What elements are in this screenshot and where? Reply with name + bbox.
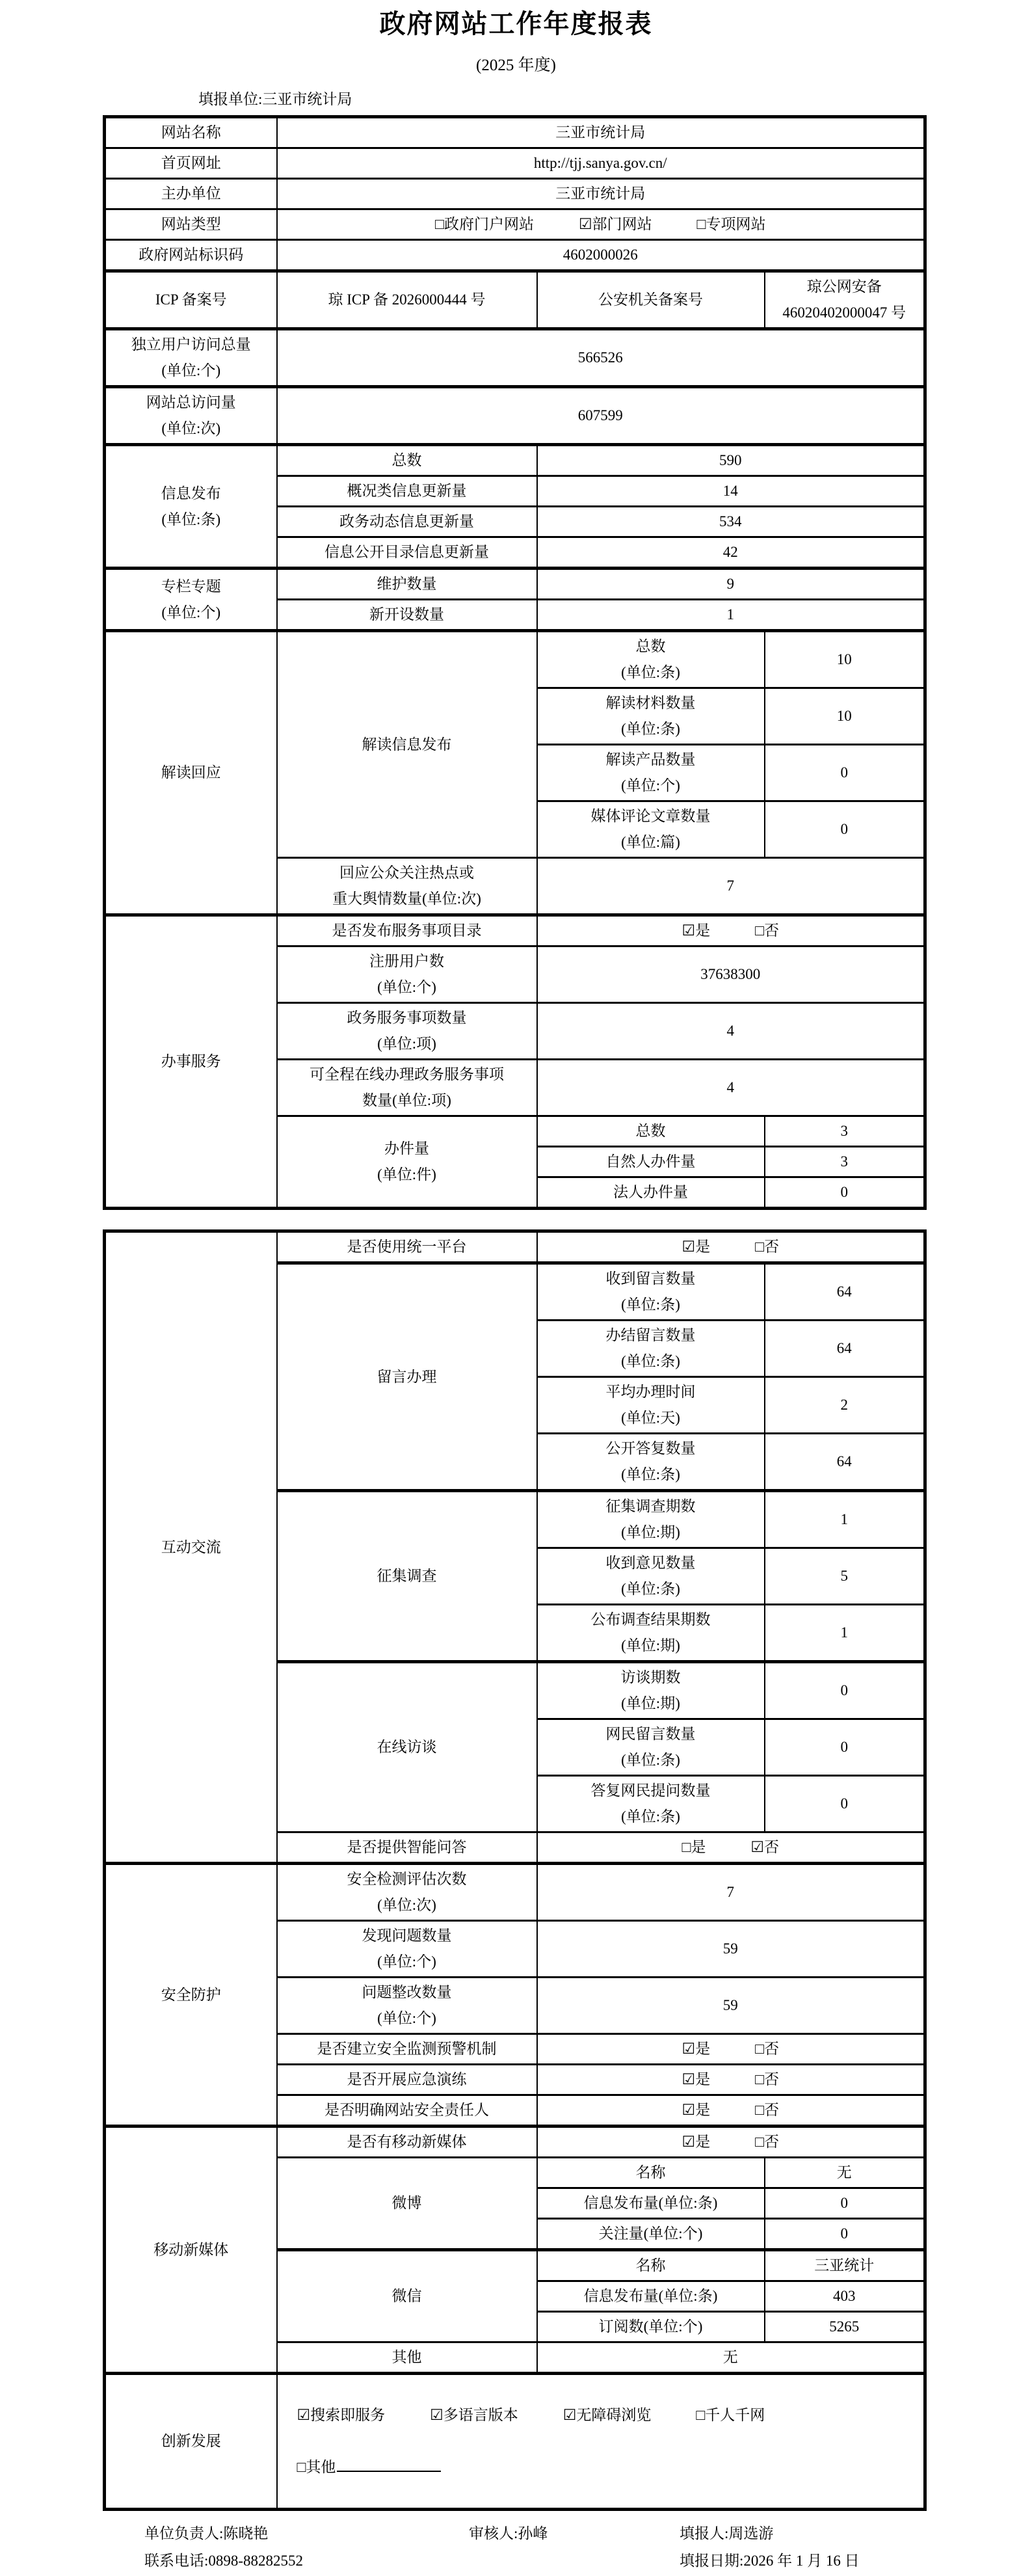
weibo-followers-value: 0 xyxy=(765,2219,925,2250)
security-responsible-label: 是否明确网站安全责任人 xyxy=(277,2095,537,2127)
interpret-media-value: 0 xyxy=(765,801,925,858)
interview-replies-label: 答复网民提问数量 (单位:条) xyxy=(537,1776,765,1832)
columns-maintained-label: 维护数量 xyxy=(277,569,537,600)
row-info-pub-total: 信息发布 (单位:条) 总数 590 xyxy=(105,445,925,476)
innovation-checkboxes: ☑搜索即服务 ☑多语言版本 ☑无障碍浏览 □千人千网 □其他 xyxy=(277,2374,925,2510)
footer-date: 填报日期:2026 年 1 月 16 日 xyxy=(680,2549,860,2570)
row-interpret-total: 解读回应 解读信息发布 总数 (单位:条) 10 xyxy=(105,631,925,688)
info-pub-total-label: 总数 xyxy=(277,445,537,476)
weibo-posts-value: 0 xyxy=(765,2188,925,2219)
footer-reviewer: 审核人:孙峰 xyxy=(469,2521,548,2543)
page-subtitle: (2025 年度) xyxy=(0,52,1032,75)
interpret-group-label: 解读信息发布 xyxy=(277,631,537,858)
security-monitor-checkboxes: ☑是 □否 xyxy=(537,2034,925,2065)
security-problems-label: 发现问题数量 (单位:个) xyxy=(277,1921,537,1978)
row-unique-visitors: 独立用户访问总量 (单位:个) 566526 xyxy=(105,329,925,387)
host-unit-label: 主办单位 xyxy=(105,179,277,209)
online-items-label: 可全程在线办理政务服务事项 数量(单位:项) xyxy=(277,1060,537,1116)
security-section-label: 安全防护 xyxy=(105,1864,277,2127)
row-icp: ICP 备案号 琼 ICP 备 2026000444 号 公安机关备案号 琼公网… xyxy=(105,271,925,329)
volume-legal-value: 0 xyxy=(765,1177,925,1209)
interpret-section-label: 解读回应 xyxy=(105,631,277,915)
survey-opinions-value: 5 xyxy=(765,1548,925,1605)
volume-group-label: 办件量 (单位:件) xyxy=(277,1116,537,1209)
msg-public-reply-label: 公开答复数量 (单位:条) xyxy=(537,1434,765,1491)
msg-public-reply-value: 64 xyxy=(765,1434,925,1491)
weibo-name-value: 无 xyxy=(765,2158,925,2188)
msg-received-value: 64 xyxy=(765,1263,925,1321)
row-security-assess: 安全防护 安全检测评估次数 (单位:次) 7 xyxy=(105,1864,925,1921)
registered-users-label: 注册用户数 (单位:个) xyxy=(277,946,537,1003)
has-mobile-media-checkboxes: ☑是 □否 xyxy=(537,2127,925,2158)
interpret-product-label: 解读产品数量 (单位:个) xyxy=(537,745,765,801)
interpret-material-value: 10 xyxy=(765,688,925,745)
security-drill-checkboxes: ☑是 □否 xyxy=(537,2065,925,2095)
columns-new-label: 新开设数量 xyxy=(277,600,537,631)
volume-person-label: 自然人办件量 xyxy=(537,1147,765,1177)
police-record-label: 公安机关备案号 xyxy=(537,271,765,329)
interaction-section-label: 互动交流 xyxy=(105,1231,277,1864)
unified-platform-label: 是否使用统一平台 xyxy=(277,1231,537,1263)
row-columns-maintained: 专栏专题 (单位:个) 维护数量 9 xyxy=(105,569,925,600)
msg-closed-label: 办结留言数量 (单位:条) xyxy=(537,1321,765,1377)
info-pub-overview-value: 14 xyxy=(537,476,925,507)
footer-owner: 单位负责人:陈晓艳 xyxy=(144,2521,268,2543)
wechat-subscribers-value: 5265 xyxy=(765,2312,925,2342)
info-pub-catalog-value: 42 xyxy=(537,537,925,569)
has-mobile-media-label: 是否有移动新媒体 xyxy=(277,2127,537,2158)
survey-periods-value: 1 xyxy=(765,1491,925,1548)
info-pub-total-value: 590 xyxy=(537,445,925,476)
innovation-section-label: 创新发展 xyxy=(105,2374,277,2510)
site-type-checkboxes: □政府门户网站 ☑部门网站 □专项网站 xyxy=(277,209,925,240)
row-host-unit: 主办单位 三亚市统计局 xyxy=(105,179,925,209)
service-catalog-checkboxes: ☑是 □否 xyxy=(537,915,925,946)
row-service-catalog: 办事服务 是否发布服务事项目录 ☑是 □否 xyxy=(105,915,925,946)
volume-person-value: 3 xyxy=(765,1147,925,1177)
volume-legal-label: 法人办件量 xyxy=(537,1177,765,1209)
interpret-total-value: 10 xyxy=(765,631,925,688)
msg-avg-time-label: 平均办理时间 (单位:天) xyxy=(537,1377,765,1434)
survey-results-label: 公布调查结果期数 (单位:期) xyxy=(537,1605,765,1662)
total-visits-label: 网站总访问量 (单位:次) xyxy=(105,387,277,445)
msg-avg-time-value: 2 xyxy=(765,1377,925,1434)
columns-new-value: 1 xyxy=(537,600,925,631)
site-type-label: 网站类型 xyxy=(105,209,277,240)
security-responsible-checkboxes: ☑是 □否 xyxy=(537,2095,925,2127)
wechat-posts-label: 信息发布量(单位:条) xyxy=(537,2281,765,2312)
survey-group-label: 征集调查 xyxy=(277,1491,537,1662)
hot-response-label: 回应公众关注热点或 重大舆情数量(单位:次) xyxy=(277,858,537,915)
innovation-other-line: □其他 xyxy=(297,2454,919,2480)
interpret-total-label: 总数 (单位:条) xyxy=(537,631,765,688)
service-section-label: 办事服务 xyxy=(105,915,277,1209)
columns-section-label: 专栏专题 (单位:个) xyxy=(105,569,277,631)
mobile-other-value: 无 xyxy=(537,2342,925,2374)
report-table-bottom: 互动交流 是否使用统一平台 ☑是 □否 留言办理 收到留言数量 (单位:条) 6… xyxy=(103,1229,927,2511)
service-items-value: 4 xyxy=(537,1003,925,1060)
mobile-section-label: 移动新媒体 xyxy=(105,2127,277,2374)
report-page: 政府网站工作年度报表 (2025 年度) 填报单位:三亚市统计局 网站名称 三亚… xyxy=(0,0,1032,2576)
security-fixed-label: 问题整改数量 (单位:个) xyxy=(277,1978,537,2034)
volume-total-value: 3 xyxy=(765,1116,925,1147)
row-site-name: 网站名称 三亚市统计局 xyxy=(105,117,925,148)
msg-closed-value: 64 xyxy=(765,1321,925,1377)
security-drill-label: 是否开展应急演练 xyxy=(277,2065,537,2095)
page-title: 政府网站工作年度报表 xyxy=(0,9,1032,39)
mobile-other-label: 其他 xyxy=(277,2342,537,2374)
survey-results-value: 1 xyxy=(765,1605,925,1662)
icp-value: 琼 ICP 备 2026000444 号 xyxy=(277,271,537,329)
service-items-label: 政务服务事项数量 (单位:项) xyxy=(277,1003,537,1060)
wechat-name-label: 名称 xyxy=(537,2250,765,2281)
wechat-name-value: 三亚统计 xyxy=(765,2250,925,2281)
interview-group-label: 在线访谈 xyxy=(277,1662,537,1832)
site-code-value: 4602000026 xyxy=(277,240,925,271)
interpret-product-value: 0 xyxy=(765,745,925,801)
registered-users-value: 37638300 xyxy=(537,946,925,1003)
wechat-posts-value: 403 xyxy=(765,2281,925,2312)
innovation-options-line: ☑搜索即服务 ☑多语言版本 ☑无障碍浏览 □千人千网 xyxy=(297,2402,919,2428)
site-code-label: 政府网站标识码 xyxy=(105,240,277,271)
wechat-subscribers-label: 订阅数(单位:个) xyxy=(537,2312,765,2342)
interpret-media-label: 媒体评论文章数量 (单位:篇) xyxy=(537,801,765,858)
row-site-type: 网站类型 □政府门户网站 ☑部门网站 □专项网站 xyxy=(105,209,925,240)
report-footer: 单位负责人:陈晓艳 审核人:孙峰 填报人:周选游 联系电话:0898-88282… xyxy=(0,2511,1032,2576)
interview-periods-label: 访谈期数 (单位:期) xyxy=(537,1662,765,1719)
security-fixed-value: 59 xyxy=(537,1978,925,2034)
interview-messages-value: 0 xyxy=(765,1719,925,1776)
row-total-visits: 网站总访问量 (单位:次) 607599 xyxy=(105,387,925,445)
unique-visitors-label: 独立用户访问总量 (单位:个) xyxy=(105,329,277,387)
info-pub-news-label: 政务动态信息更新量 xyxy=(277,507,537,537)
interpret-material-label: 解读材料数量 (单位:条) xyxy=(537,688,765,745)
row-site-code: 政府网站标识码 4602000026 xyxy=(105,240,925,271)
row-unified-platform: 互动交流 是否使用统一平台 ☑是 □否 xyxy=(105,1231,925,1263)
info-pub-overview-label: 概况类信息更新量 xyxy=(277,476,537,507)
info-pub-news-value: 534 xyxy=(537,507,925,537)
info-pub-catalog-label: 信息公开目录信息更新量 xyxy=(277,537,537,569)
smart-qa-label: 是否提供智能问答 xyxy=(277,1832,537,1864)
info-pub-section-label: 信息发布 (单位:条) xyxy=(105,445,277,569)
service-catalog-label: 是否发布服务事项目录 xyxy=(277,915,537,946)
report-table-top: 网站名称 三亚市统计局 首页网址 http://tjj.sanya.gov.cn… xyxy=(103,115,927,1210)
site-name-value: 三亚市统计局 xyxy=(277,117,925,148)
unique-visitors-value: 566526 xyxy=(277,329,925,387)
weibo-group-label: 微博 xyxy=(277,2158,537,2250)
weibo-posts-label: 信息发布量(单位:条) xyxy=(537,2188,765,2219)
security-monitor-label: 是否建立安全监测预警机制 xyxy=(277,2034,537,2065)
weibo-followers-label: 关注量(单位:个) xyxy=(537,2219,765,2250)
messages-group-label: 留言办理 xyxy=(277,1263,537,1491)
hot-response-value: 7 xyxy=(537,858,925,915)
security-assess-label: 安全检测评估次数 (单位:次) xyxy=(277,1864,537,1921)
survey-periods-label: 征集调查期数 (单位:期) xyxy=(537,1491,765,1548)
online-items-value: 4 xyxy=(537,1060,925,1116)
security-assess-value: 7 xyxy=(537,1864,925,1921)
unified-platform-checkboxes: ☑是 □否 xyxy=(537,1231,925,1263)
interview-periods-value: 0 xyxy=(765,1662,925,1719)
row-home-url: 首页网址 http://tjj.sanya.gov.cn/ xyxy=(105,148,925,179)
interview-replies-value: 0 xyxy=(765,1776,925,1832)
innovation-other-label: □其他 xyxy=(297,2459,336,2475)
other-underline xyxy=(337,2456,441,2472)
home-url-label: 首页网址 xyxy=(105,148,277,179)
wechat-group-label: 微信 xyxy=(277,2250,537,2342)
footer-phone: 联系电话:0898-88282552 xyxy=(144,2549,303,2570)
row-innovation: 创新发展 ☑搜索即服务 ☑多语言版本 ☑无障碍浏览 □千人千网 □其他 xyxy=(105,2374,925,2510)
survey-opinions-label: 收到意见数量 (单位:条) xyxy=(537,1548,765,1605)
host-unit-value: 三亚市统计局 xyxy=(277,179,925,209)
reporting-unit: 填报单位:三亚市统计局 xyxy=(198,87,1032,109)
police-record-value: 琼公网安备 46020402000047 号 xyxy=(765,271,925,329)
footer-filler: 填报人:周选游 xyxy=(680,2521,773,2543)
columns-maintained-value: 9 xyxy=(537,569,925,600)
security-problems-value: 59 xyxy=(537,1921,925,1978)
home-url-value: http://tjj.sanya.gov.cn/ xyxy=(277,148,925,179)
interview-messages-label: 网民留言数量 (单位:条) xyxy=(537,1719,765,1776)
volume-total-label: 总数 xyxy=(537,1116,765,1147)
weibo-name-label: 名称 xyxy=(537,2158,765,2188)
smart-qa-checkboxes: □是 ☑否 xyxy=(537,1832,925,1864)
site-name-label: 网站名称 xyxy=(105,117,277,148)
row-has-mobile-media: 移动新媒体 是否有移动新媒体 ☑是 □否 xyxy=(105,2127,925,2158)
icp-label: ICP 备案号 xyxy=(105,271,277,329)
msg-received-label: 收到留言数量 (单位:条) xyxy=(537,1263,765,1321)
total-visits-value: 607599 xyxy=(277,387,925,445)
